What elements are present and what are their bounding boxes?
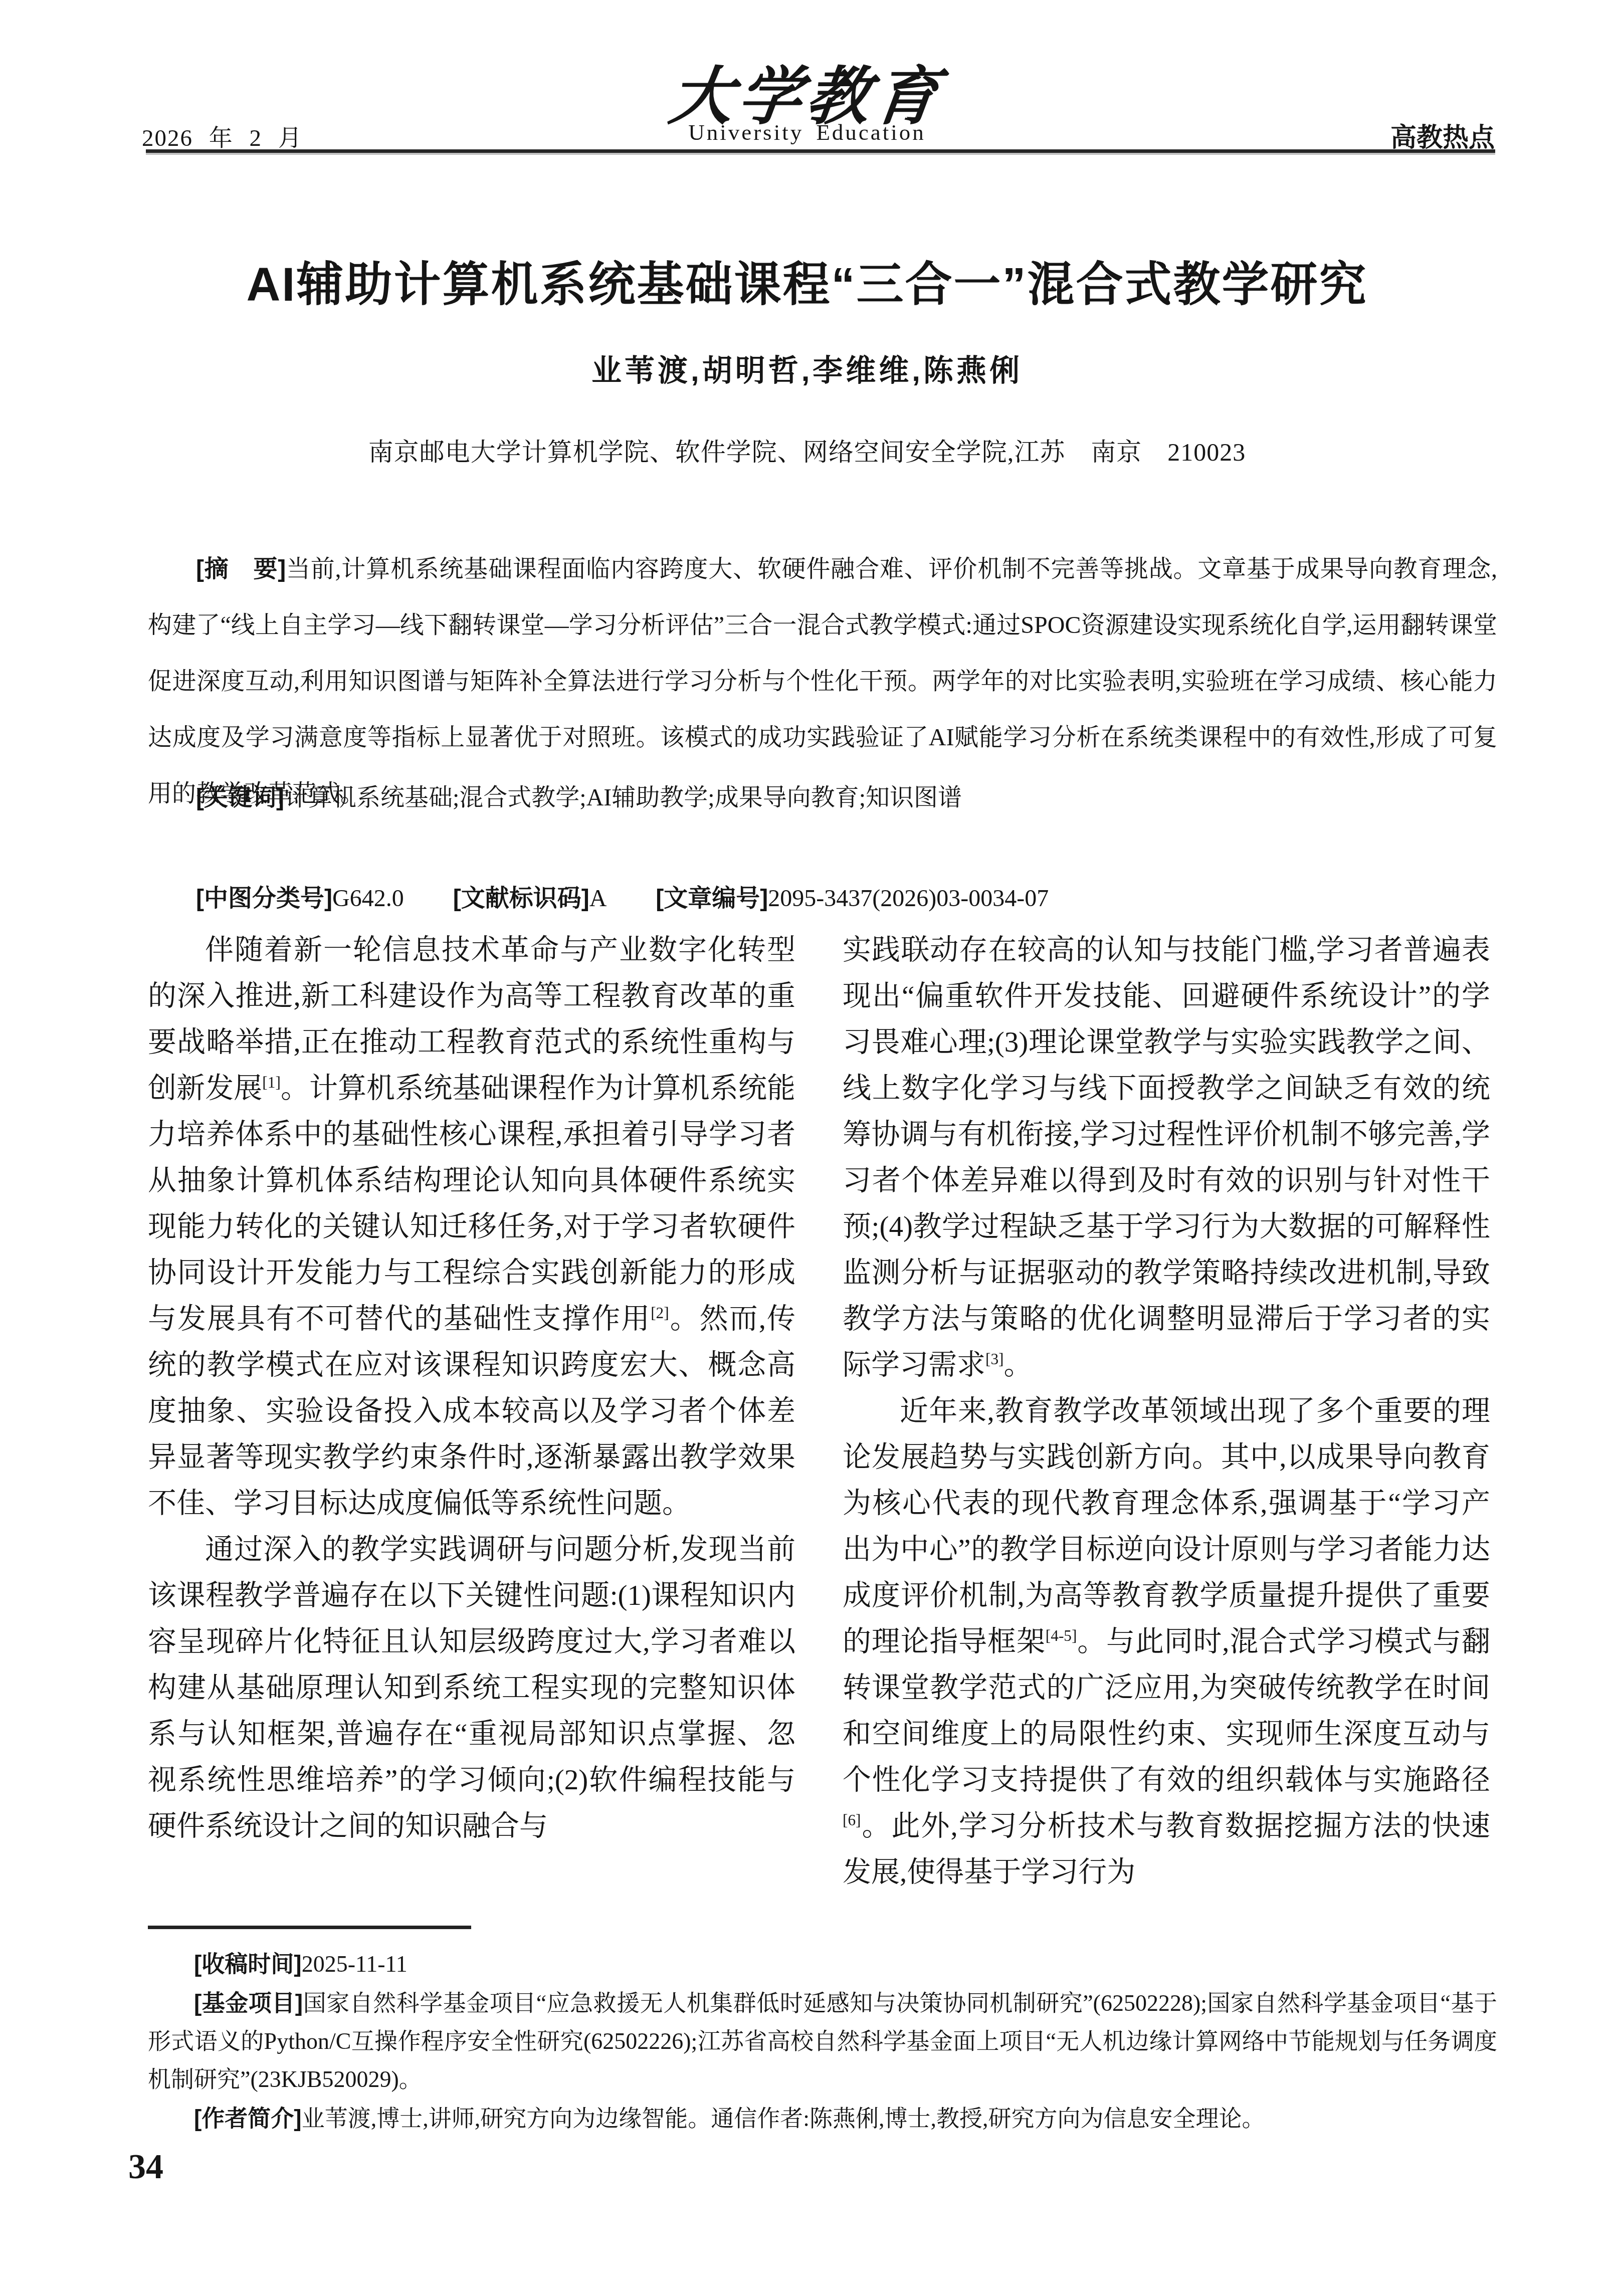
authors-line: 业苇渡,胡明哲,李维维,陈燕俐 [0, 347, 1614, 390]
body-right-column: 实践联动存在较高的认知与技能门槛,学习者普遍表现出“偏重软件开发技能、回避硬件系… [843, 927, 1490, 1896]
body-left-column: 伴随着新一轮信息技术革命与产业数字化转型的深入推进,新工科建设作为高等工程教育改… [148, 927, 795, 1849]
keywords-text: 计算机系统基础;混合式教学;AI辅助教学;成果导向教育;知识图谱 [284, 784, 962, 811]
body-paragraph: 通过深入的教学实践调研与问题分析,发现当前该课程教学普遍存在以下关键性问题:(1… [148, 1527, 795, 1849]
bio-text: 业苇渡,博士,讲师,研究方向为边缘智能。通信作者:陈燕俐,博士,教授,研究方向为… [302, 2106, 1265, 2131]
affiliation-line: 南京邮电大学计算机学院、软件学院、网络空间安全学院,江苏 南京 210023 [0, 432, 1614, 468]
received-label: [收稿时间] [194, 1951, 302, 1977]
body-paragraph: 伴随着新一轮信息技术革命与产业数字化转型的深入推进,新工科建设作为高等工程教育改… [148, 927, 795, 1527]
article-id-value: 2095-3437(2026)03-0034-07 [768, 885, 1049, 912]
header-divider [146, 149, 1495, 153]
keywords-label: [关键词] [196, 784, 284, 811]
doc-code-label: [文献标识码] [453, 885, 589, 912]
journal-name-english: University Education [0, 119, 1614, 145]
column-section-label: 高教热点 [1390, 116, 1495, 154]
journal-page: 2026 年 2 月 大学教育 University Education 高教热… [0, 0, 1614, 2296]
doc-code-value: A [589, 885, 607, 912]
keywords-line: [关键词]计算机系统基础;混合式教学;AI辅助教学;成果导向教育;知识图谱 [148, 783, 1497, 813]
funding-text: 国家自然科学基金项目“应急救援无人机集群低时延感知与决策协同机制研究”(6250… [148, 1990, 1497, 2092]
clc-value: G642.0 [332, 885, 404, 912]
footnote-received: [收稿时间]2025-11-11 [148, 1945, 1497, 1983]
received-value: 2025-11-11 [302, 1951, 408, 1977]
clc-label: [中图分类号] [196, 885, 332, 912]
footnotes-block: [收稿时间]2025-11-11 [基金项目]国家自然科学基金项目“应急救援无人… [148, 1945, 1497, 2138]
footnote-divider [148, 1926, 471, 1929]
page-number: 34 [128, 2147, 163, 2187]
abstract-paragraph: [摘 要]当前,计算机系统基础课程面临内容跨度大、软硬件融合难、评价机制不完善等… [148, 541, 1497, 822]
body-paragraph-continuation: 实践联动存在较高的认知与技能门槛,学习者普遍表现出“偏重软件开发技能、回避硬件系… [843, 927, 1490, 1388]
funding-label: [基金项目] [194, 1990, 303, 2016]
footnote-funding: [基金项目]国家自然科学基金项目“应急救援无人机集群低时延感知与决策协同机制研究… [148, 1984, 1497, 2099]
article-id-label: [文章编号] [656, 885, 768, 912]
footnote-bio: [作者简介]业苇渡,博士,讲师,研究方向为边缘智能。通信作者:陈燕俐,博士,教授… [148, 2099, 1497, 2138]
abstract-text: 当前,计算机系统基础课程面临内容跨度大、软硬件融合难、评价机制不完善等挑战。文章… [148, 556, 1497, 807]
bio-label: [作者简介] [194, 2105, 302, 2131]
body-paragraph: 近年来,教育教学改革领域出现了多个重要的理论发展趋势与实践创新方向。其中,以成果… [843, 1388, 1490, 1896]
abstract-label: [摘 要] [196, 556, 286, 582]
article-title: AI辅助计算机系统基础课程“三合一”混合式教学研究 [60, 247, 1554, 314]
classification-line: [中图分类号]G642.0[文献标识码]A[文章编号]2095-3437(202… [148, 884, 1497, 914]
